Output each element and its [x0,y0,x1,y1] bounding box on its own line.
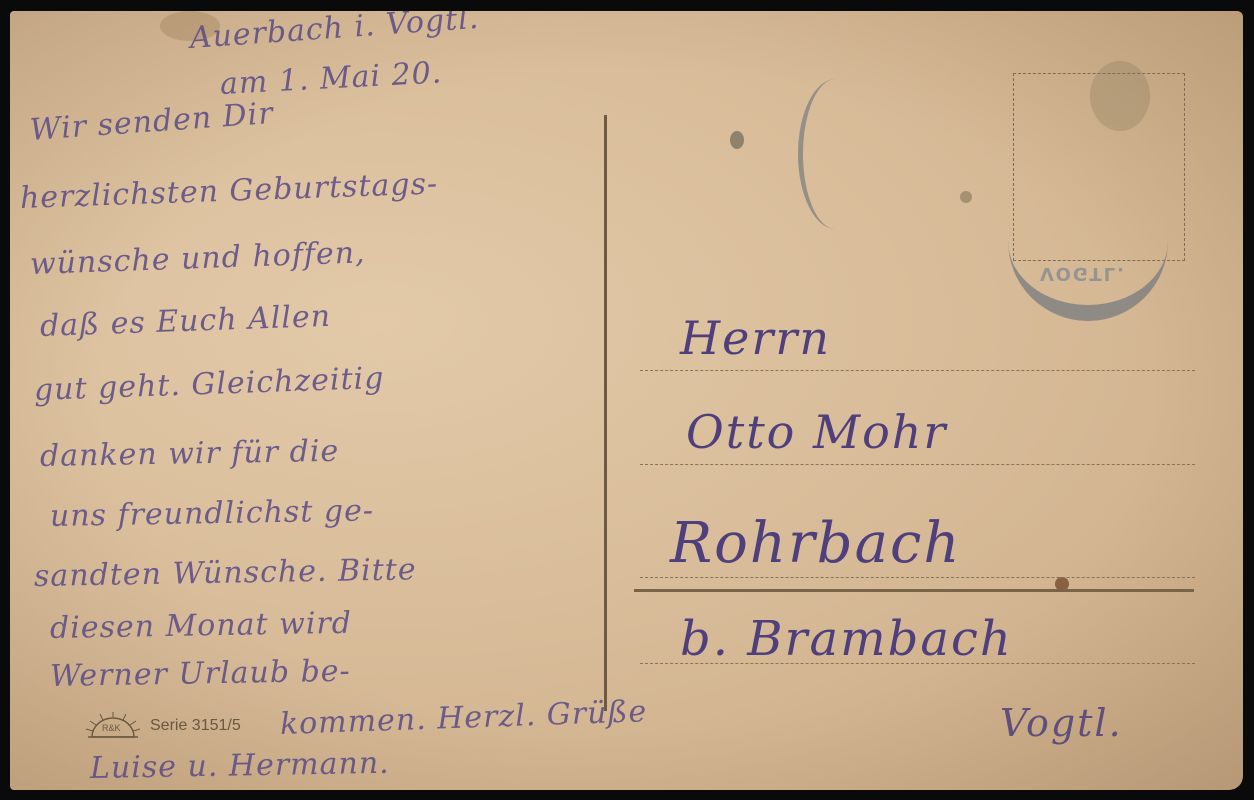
postmark-text: VOGTL. [1040,263,1126,284]
address-region: Vogtl. [1000,701,1123,745]
message-line: sandten Wünsche. Bitte [34,552,417,594]
center-divider [604,115,607,711]
address-town: Rohrbach [670,511,961,576]
message-line: Luise u. Hermann. [90,746,390,786]
message-line: uns freundlichst ge- [50,493,375,534]
address-name: Otto Mohr [686,405,947,459]
stamp-box [1013,73,1185,261]
sunrise-logo-icon: R&K [84,711,142,741]
postmark-arc [798,79,873,229]
publisher-imprint: R&K Serie 3151/5 [84,711,241,741]
message-line: Werner Urlaub be- [50,654,351,694]
address-line [640,577,1195,578]
message-line: danken wir für die [40,434,340,474]
message-line: diesen Monat wird [50,606,353,646]
address-near: b. Brambach [680,611,1013,667]
series-number: Serie 3151/5 [150,717,241,735]
postcard: Auerbach i. Vogtl. am 1. Mai 20. Wir sen… [10,11,1243,790]
address-salutation: Herrn [680,311,831,365]
logo-label: R&K [102,723,121,733]
address-line [640,464,1195,465]
address-underline [634,589,1194,592]
address-line [640,370,1195,371]
